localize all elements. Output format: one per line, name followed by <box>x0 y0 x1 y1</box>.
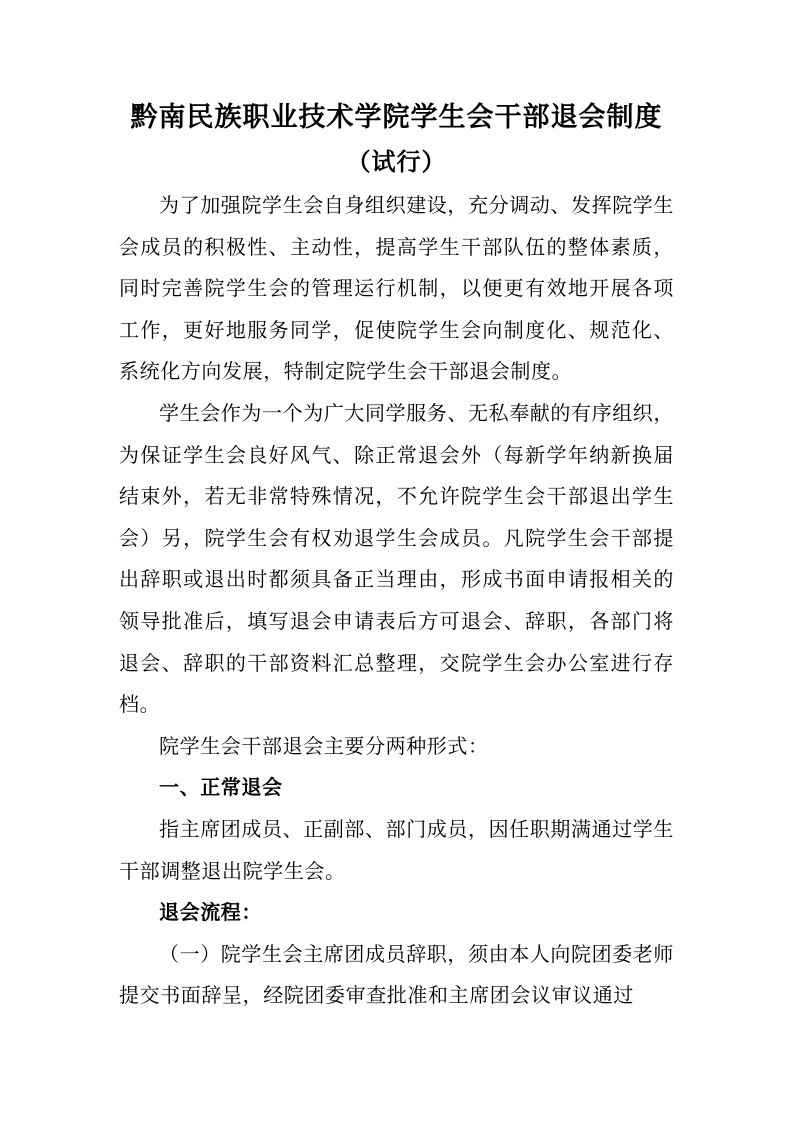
paragraph-normal-withdrawal-definition: 指主席团成员、正副部、部门成员，因任职期满通过学生干部调整退出院学生会。 <box>119 810 674 893</box>
paragraph-forms-lead-in: 院学生会干部退会主要分两种形式： <box>119 727 674 769</box>
document-title: 黔南民族职业技术学院学生会干部退会制度 <box>119 94 674 140</box>
document-body: 为了加强院学生会自身组织建设，充分调动、发挥院学生会成员的积极性、主动性，提高学… <box>119 186 674 1018</box>
section-heading-normal-withdrawal: 一、正常退会 <box>119 768 674 810</box>
paragraph-process-item-1: （一）院学生会主席团成员辞职，须由本人向院团委老师提交书面辞呈，经院团委审查批准… <box>119 935 674 1018</box>
document-subtitle: （试行） <box>119 140 674 186</box>
paragraph-overview: 学生会作为一个为广大同学服务、无私奉献的有序组织，为保证学生会良好风气、除正常退… <box>119 394 674 727</box>
section-heading-withdrawal-process: 退会流程： <box>119 893 674 935</box>
paragraph-intro: 为了加强院学生会自身组织建设，充分调动、发挥院学生会成员的积极性、主动性，提高学… <box>119 186 674 394</box>
document-page: 黔南民族职业技术学院学生会干部退会制度 （试行） 为了加强院学生会自身组织建设，… <box>0 0 793 1122</box>
document-page-background: { "document": { "title": "黔南民族职业技术学院学生会干… <box>0 0 793 1122</box>
